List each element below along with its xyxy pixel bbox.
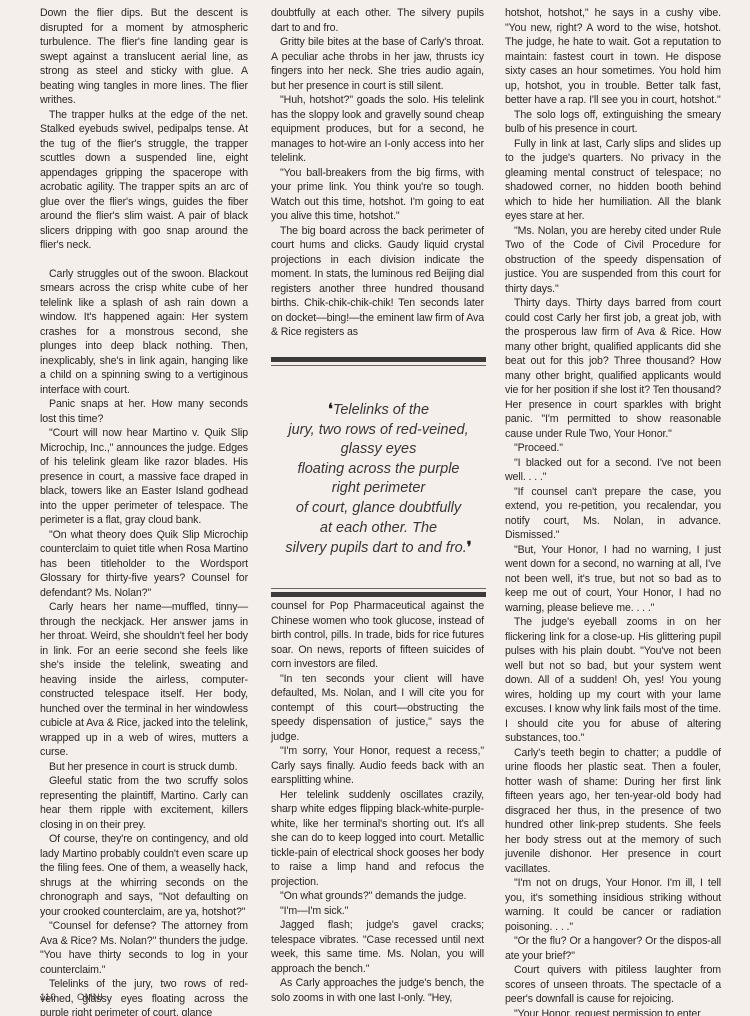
close-quote-mark-icon: ❜ <box>467 539 472 556</box>
paragraph: The solo logs off, extinguishing the sme… <box>505 108 721 137</box>
paragraph: "I blacked out for a second. I've not be… <box>505 456 721 485</box>
page-folio: 110 OMNI <box>40 992 121 1003</box>
paragraph: Panic snaps at her. How many seconds los… <box>40 397 248 426</box>
pull-quote-text: Telelinks of the <box>333 402 429 418</box>
paragraph: As Carly approaches the judge's bench, t… <box>271 976 484 1005</box>
pull-quote-rule-top-thin <box>271 365 486 366</box>
pull-quote-line: silvery pupils dart to and fro.❜ <box>271 538 486 559</box>
paragraph: "Ms. Nolan, you are hereby cited under R… <box>505 224 721 297</box>
paragraph: "In ten seconds your client will have de… <box>271 672 484 745</box>
paragraph: Carly's teeth begin to chatter; a puddle… <box>505 746 721 877</box>
pull-quote-rule-bottom-thick <box>271 592 486 597</box>
paragraph: "On what grounds?" demands the judge. <box>271 889 484 904</box>
paragraph: "I'm—I'm sick." <box>271 904 484 919</box>
publication-name: OMNI <box>77 992 103 1003</box>
paragraph: But her presence in court is struck dumb… <box>40 760 248 775</box>
paragraph: "Counsel for defense? The attorney from … <box>40 919 248 977</box>
paragraph: Of course, they're on contingency, and o… <box>40 832 248 919</box>
paragraph: "I'm not on drugs, Your Honor. I'm ill, … <box>505 876 721 934</box>
pull-quote: ❛Telelinks of the jury, two rows of red-… <box>271 400 486 559</box>
paragraph: "Proceed." <box>505 441 721 456</box>
pull-quote-text: silvery pupils dart to and fro. <box>285 540 466 556</box>
pull-quote-line: ❛Telelinks of the <box>271 400 486 421</box>
paragraph: "If counsel can't prepare the case, you … <box>505 485 721 543</box>
paragraph: Gleeful static from the two scruffy solo… <box>40 774 248 832</box>
paragraph: The judge's eyeball zooms in on her flic… <box>505 615 721 746</box>
middle-column-bottom: counsel for Pop Pharmaceutical against t… <box>271 599 484 1005</box>
paragraph: "Court will now hear Martino v. Quik Sli… <box>40 426 248 528</box>
paragraph: "I'm sorry, Your Honor, request a recess… <box>271 744 484 788</box>
paragraph: "Or the flu? Or a hangover? Or the dispo… <box>505 934 721 963</box>
paragraph: Gritty bile bites at the base of Carly's… <box>271 35 484 93</box>
pull-quote-line: jury, two rows of red-veined, <box>271 421 486 441</box>
paragraph: Her telelink suddenly oscillates crazily… <box>271 788 484 890</box>
pull-quote-line: floating across the purple <box>271 460 486 480</box>
pull-quote-line: at each other. The <box>271 519 486 539</box>
paragraph: Jagged flash; judge's gavel cracks; tele… <box>271 918 484 976</box>
pull-quote-rule-top-thick <box>271 357 486 362</box>
paragraph: hotshot, hotshot," he says in a cushy vi… <box>505 6 721 108</box>
paragraph: Thirty days. Thirty days barred from cou… <box>505 296 721 441</box>
middle-column-top: doubtfully at each other. The silvery pu… <box>271 6 484 340</box>
pull-quote-line: right perimeter <box>271 479 486 499</box>
left-column: Down the flier dips. But the descent is … <box>40 6 248 1016</box>
page-number: 110 <box>40 992 56 1003</box>
paragraph: doubtfully at each other. The silvery pu… <box>271 6 484 35</box>
paragraph: The big board across the back perimeter … <box>271 224 484 340</box>
paragraph: "But, Your Honor, I had no warning, I ju… <box>505 543 721 616</box>
paragraph: Down the flier dips. But the descent is … <box>40 6 248 108</box>
paragraph: The trapper hulks at the edge of the net… <box>40 108 248 253</box>
right-column: hotshot, hotshot," he says in a cushy vi… <box>505 6 721 1016</box>
pull-quote-line: of court, glance doubtfully <box>271 499 486 519</box>
paragraph: "Huh, hotshot?" goads the solo. His tele… <box>271 93 484 166</box>
paragraph: Court quivers with pitiless laughter fro… <box>505 963 721 1007</box>
pull-quote-rule-bottom-thin <box>271 588 486 589</box>
paragraph: Fully in link at last, Carly slips and s… <box>505 137 721 224</box>
paragraph: "On what theory does Quik Slip Microchip… <box>40 528 248 601</box>
paragraph: counsel for Pop Pharmaceutical against t… <box>271 599 484 672</box>
paragraph: "You ball-breakers from the big firms, w… <box>271 166 484 224</box>
paragraph: Carly struggles out of the swoon. Blacko… <box>40 267 248 398</box>
pull-quote-line: glassy eyes <box>271 440 486 460</box>
paragraph: "Your Honor, request permission to enter <box>505 1007 721 1016</box>
paragraph: Carly hears her name—muffled, tinny—thro… <box>40 600 248 760</box>
